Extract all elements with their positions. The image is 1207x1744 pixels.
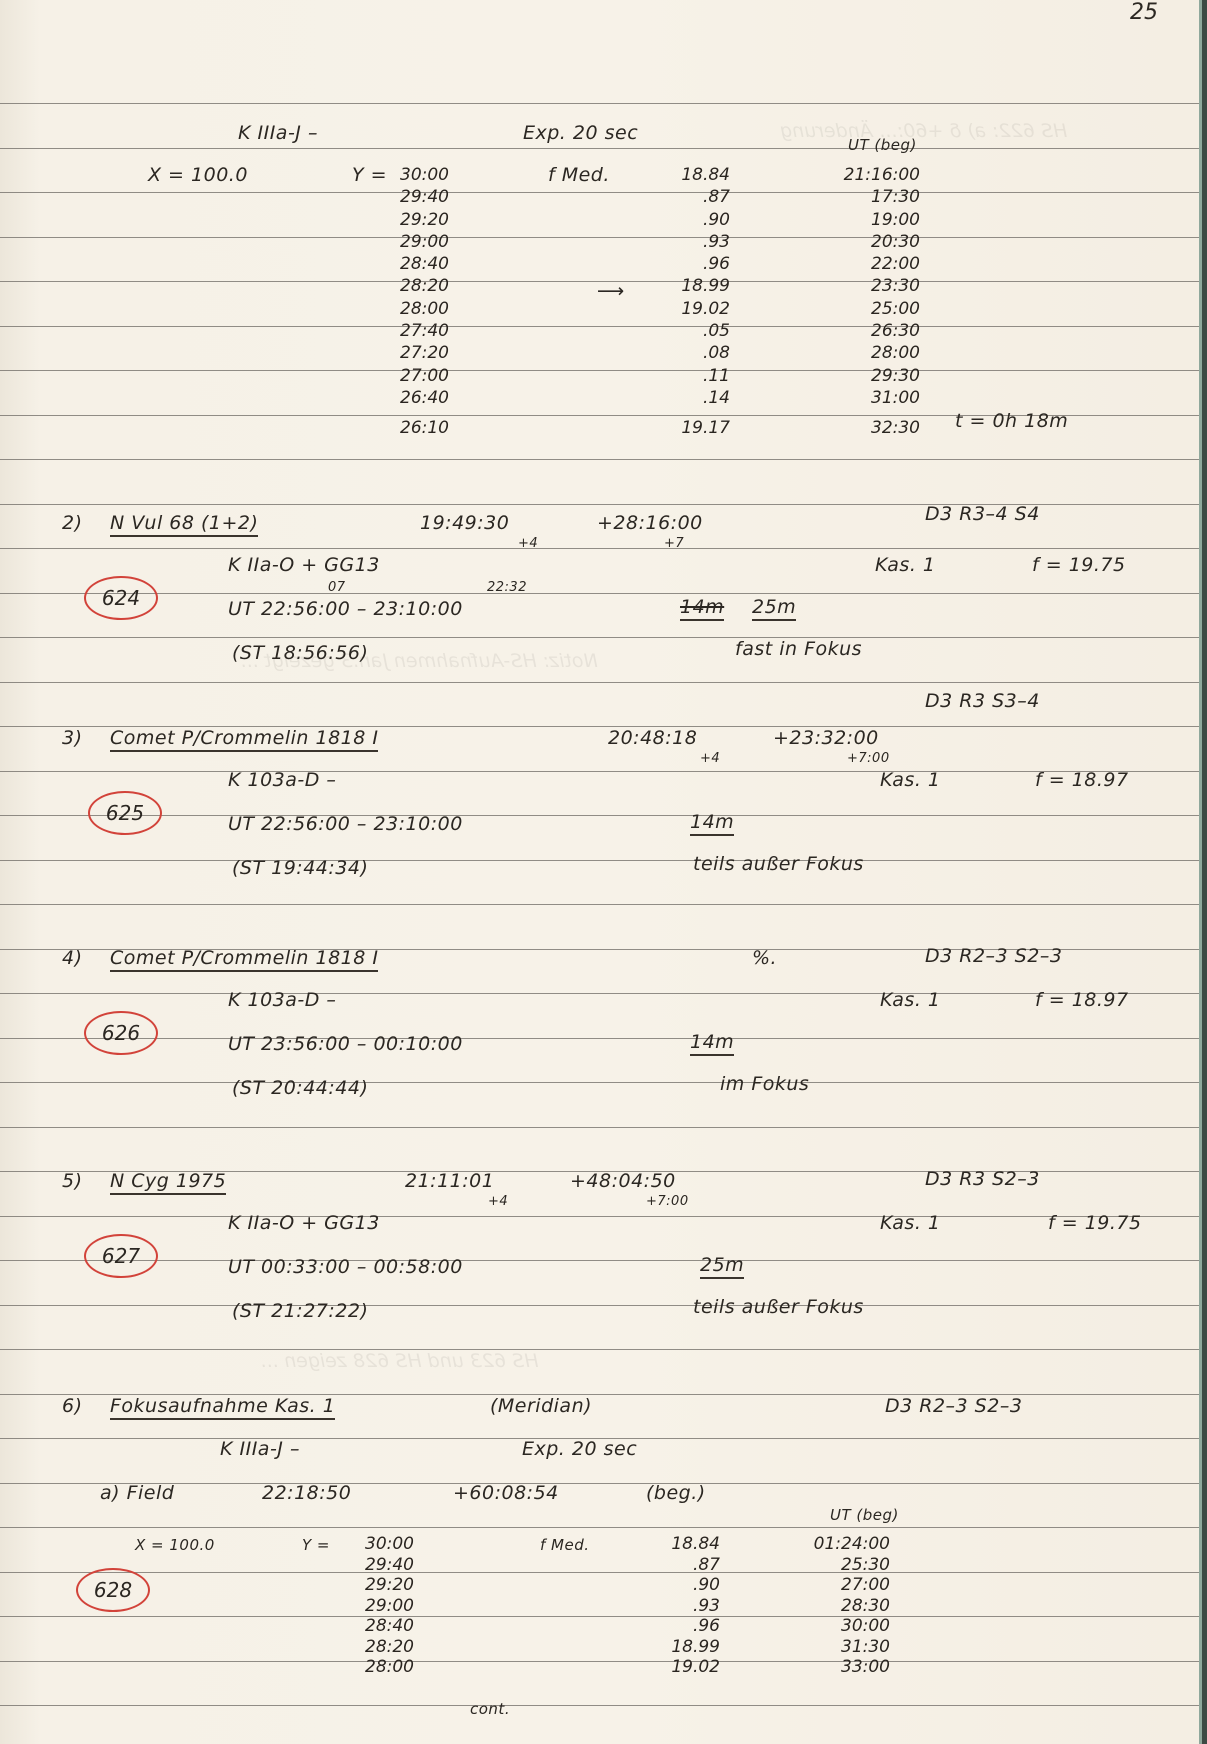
plate-number-badge: 628 [76, 1568, 150, 1612]
section6-exposure: Exp. 20 sec [522, 1438, 637, 1460]
plate-number: 627 [102, 1244, 140, 1268]
section6-x-value: X = 100.0 [135, 1536, 215, 1554]
ra-correction: +4 [518, 536, 538, 551]
plate-setup: K IIIa-J – [238, 122, 318, 144]
exposure-duration: 25m [752, 596, 796, 621]
seeing-conditions: D3 R2–3 S2–3 [925, 945, 1062, 967]
x-value: X = 100.0 [148, 164, 248, 186]
exposure-struck: 14m [680, 596, 724, 621]
plate-number-badge: 626 [84, 1011, 158, 1055]
table-cell: 29:40 [400, 186, 490, 208]
table-cell: .08 [640, 342, 730, 364]
right-ascension: 21:11:01 [405, 1170, 494, 1192]
table-cell: .05 [640, 320, 730, 342]
section6-conditions: D3 R2–3 S2–3 [885, 1395, 1022, 1417]
ruled-line [0, 237, 1199, 238]
table-cell: 19.17 [640, 417, 730, 439]
page-number: 25 [1130, 0, 1158, 25]
plate-number: 625 [106, 801, 144, 825]
focus-value: f = 19.75 [1048, 1212, 1142, 1234]
ut-range: UT 22:56:00 – 23:10:00 [228, 598, 463, 620]
ut-column: 21:16:0017:3019:0020:3022:0023:3025:0026… [810, 164, 920, 440]
ruled-line [0, 1260, 1199, 1261]
seeing-conditions: D3 R3–4 S4 [925, 503, 1040, 525]
ruled-line [0, 682, 1199, 683]
focus-value: f = 18.97 [1035, 769, 1129, 791]
plate-number-badge: 624 [84, 576, 158, 620]
table-cell: 28:40 [365, 1616, 455, 1637]
ra-correction: +4 [700, 751, 720, 766]
ruled-line [0, 993, 1199, 994]
f-label: f Med. [548, 164, 610, 186]
table-cell: 27:00 [400, 365, 490, 387]
focus-note: teils außer Fokus [693, 1296, 864, 1318]
dec-correction: +7:00 [646, 1194, 689, 1209]
table-cell: 01:24:00 [790, 1534, 890, 1555]
binding-edge [1202, 0, 1207, 1744]
ruled-line [0, 1705, 1199, 1706]
continued-note: cont. [470, 1700, 510, 1718]
ruled-line [0, 1483, 1199, 1484]
ruled-line [0, 1527, 1199, 1528]
table-cell: 18.99 [640, 275, 730, 297]
exposure-duration: 25m [700, 1254, 744, 1279]
section6-ut-column: 01:24:0025:3027:0028:3030:0031:3033:00 [790, 1534, 890, 1678]
sidereal-time: (ST 19:44:34) [232, 857, 368, 879]
exposure-duration: 14m [690, 811, 734, 836]
section6-y-column: 30:0029:4029:2029:0028:4028:2028:00 [365, 1534, 455, 1678]
table-cell: 30:00 [400, 164, 490, 186]
table-cell: 27:40 [400, 320, 490, 342]
table-cell: 18.84 [630, 1534, 720, 1555]
table-cell: 19:00 [810, 209, 920, 231]
object-name: Comet P/Crommelin 1818 I [110, 947, 378, 972]
ruled-line [0, 1038, 1199, 1039]
table-cell: .93 [630, 1596, 720, 1617]
exposure-duration: 14m [690, 1031, 734, 1056]
dec-correction: +7:00 [847, 751, 890, 766]
section6-index: 6) [62, 1395, 83, 1417]
table-cell: 33:00 [790, 1657, 890, 1678]
table-cell: .14 [640, 387, 730, 409]
declination: +23:32:00 [773, 727, 879, 749]
seeing-conditions: D3 R3 S3–4 [925, 690, 1040, 712]
table-cell: .96 [630, 1616, 720, 1637]
declination: +48:04:50 [570, 1170, 676, 1192]
ruled-line [0, 1349, 1199, 1350]
table-cell: 29:20 [400, 209, 490, 231]
exposure: Exp. 20 sec [523, 122, 638, 144]
camera: Kas. 1 [880, 989, 941, 1011]
table-cell: 25:00 [810, 298, 920, 320]
sidereal-time: (ST 18:56:56) [232, 642, 368, 664]
table-cell: 27:00 [790, 1575, 890, 1596]
focus-value: f = 19.75 [1032, 554, 1126, 576]
table-cell: 29:00 [365, 1596, 455, 1617]
ut-range: UT 23:56:00 – 00:10:00 [228, 1033, 463, 1055]
ut-range: UT 22:56:00 – 23:10:00 [228, 813, 463, 835]
plate-emulsion: K IIa-O + GG13 [228, 1212, 380, 1234]
field-label: a) Field [100, 1482, 174, 1504]
table-cell: 17:30 [810, 186, 920, 208]
ruled-line [0, 1082, 1199, 1083]
table-cell: 30:00 [790, 1616, 890, 1637]
table-cell: 18.99 [630, 1637, 720, 1658]
table-cell: 28:00 [810, 342, 920, 364]
ruled-line [0, 1572, 1199, 1573]
sidereal-time: (ST 20:44:44) [232, 1077, 368, 1099]
table-cell: 26:30 [810, 320, 920, 342]
table-cell: 28:00 [365, 1657, 455, 1678]
camera: Kas. 1 [875, 554, 936, 576]
focus-value: f = 18.97 [1035, 989, 1129, 1011]
table-cell: 29:00 [400, 231, 490, 253]
ruled-line [0, 192, 1199, 193]
right-ascension: 20:48:18 [608, 727, 697, 749]
bleed-through-text: HS 623 und HS 628 zeigen ... [260, 1350, 538, 1372]
ruled-line [0, 1127, 1199, 1128]
table-cell: 29:20 [365, 1575, 455, 1596]
arrow-icon: ⟶ [597, 280, 625, 302]
table-cell: 29:40 [365, 1555, 455, 1576]
right-ascension: 19:49:30 [420, 512, 509, 534]
ut-header: UT (beg) [848, 136, 917, 154]
table-cell: 19.02 [630, 1657, 720, 1678]
camera: Kas. 1 [880, 769, 941, 791]
table-cell: 28:00 [400, 298, 490, 320]
table-cell: .87 [640, 186, 730, 208]
y-column: 30:0029:4029:2029:0028:4028:2028:0027:40… [400, 164, 490, 440]
object-name: N Cyg 1975 [110, 1170, 226, 1195]
object-name: Comet P/Crommelin 1818 I [110, 727, 378, 752]
focus-note: fast in Fokus [735, 638, 862, 660]
table-cell: .93 [640, 231, 730, 253]
table-cell: .96 [640, 253, 730, 275]
entry-index: 3) [62, 727, 83, 749]
table-cell: 18.84 [640, 164, 730, 186]
object-name: N Vul 68 (1+2) [110, 512, 258, 537]
sidereal-time: (ST 21:27:22) [232, 1300, 368, 1322]
table-cell: .87 [630, 1555, 720, 1576]
table-cell: 19.02 [640, 298, 730, 320]
plate-number-badge: 625 [88, 791, 162, 835]
field-ra: 22:18:50 [262, 1482, 351, 1504]
section6-f-column: 18.84.87.90.93.9618.9919.02 [630, 1534, 720, 1678]
seeing-conditions: D3 R3 S2–3 [925, 1168, 1040, 1190]
field-dec: +60:08:54 [453, 1482, 559, 1504]
table-cell: 28:20 [365, 1637, 455, 1658]
field-note: (beg.) [646, 1482, 706, 1504]
declination: +28:16:00 [597, 512, 703, 534]
table-cell: 22:00 [810, 253, 920, 275]
ruled-line [0, 459, 1199, 460]
section6-y-label: Y = [302, 1536, 330, 1554]
ruled-line [0, 370, 1199, 371]
ruled-line [0, 771, 1199, 772]
table-cell: 21:16:00 [810, 164, 920, 186]
section6-f-label: f Med. [540, 1536, 590, 1554]
ruled-line [0, 1305, 1199, 1306]
table-cell: .90 [640, 209, 730, 231]
plate-number: 624 [102, 586, 140, 610]
ut-correction-start: 07 [328, 580, 346, 595]
ut-correction-end: 22:32 [487, 580, 527, 595]
plate-emulsion: K IIa-O + GG13 [228, 554, 380, 576]
table-cell: 26:10 [400, 417, 490, 439]
ruled-line [0, 1216, 1199, 1217]
ruled-line [0, 860, 1199, 861]
table-cell: 31:00 [810, 387, 920, 409]
section6-subtitle: (Meridian) [490, 1395, 592, 1417]
table-cell: 28:20 [400, 275, 490, 297]
focus-note: teils außer Fokus [693, 853, 864, 875]
table-cell: 25:30 [790, 1555, 890, 1576]
ruled-line [0, 815, 1199, 816]
table-cell: 28:40 [400, 253, 490, 275]
ut-range: UT 00:33:00 – 00:58:00 [228, 1256, 463, 1278]
section6-title: Fokusaufnahme Kas. 1 [110, 1395, 335, 1420]
table-cell: .11 [640, 365, 730, 387]
table-cell: 31:30 [790, 1637, 890, 1658]
section6-ut-header: UT (beg) [830, 1506, 899, 1524]
table-cell: 26:40 [400, 387, 490, 409]
table-cell: 23:30 [810, 275, 920, 297]
plate-number: 626 [102, 1021, 140, 1045]
camera: Kas. 1 [880, 1212, 941, 1234]
ruled-line [0, 1616, 1199, 1617]
ruled-line [0, 637, 1199, 638]
plate-emulsion: K 103a-D – [228, 989, 336, 1011]
declination: %. [752, 947, 777, 969]
table-cell: 32:30 [810, 417, 920, 439]
table-cell: .90 [630, 1575, 720, 1596]
entry-index: 5) [62, 1170, 83, 1192]
table-cell: 27:20 [400, 342, 490, 364]
ruled-line [0, 904, 1199, 905]
bleed-through-text: HS 622: a) δ +60:... Änderung [780, 120, 1067, 142]
ra-correction: +4 [488, 1194, 508, 1209]
f-column: 18.84.87.90.93.9618.9919.02.05.08.11.141… [640, 164, 730, 440]
plate-number-badge: 627 [84, 1234, 158, 1278]
table-cell: 28:30 [790, 1596, 890, 1617]
table-cell: 29:30 [810, 365, 920, 387]
ruled-line [0, 548, 1199, 549]
total-time: t = 0h 18m [955, 410, 1068, 432]
y-label: Y = [352, 164, 387, 186]
ruled-line [0, 1661, 1199, 1662]
entry-index: 2) [62, 512, 83, 534]
ruled-line [0, 593, 1199, 594]
ruled-line [0, 326, 1199, 327]
section6-plate-setup: K IIIa-J – [220, 1438, 300, 1460]
plate-emulsion: K 103a-D – [228, 769, 336, 791]
dec-correction: +7 [664, 536, 684, 551]
table-cell: 20:30 [810, 231, 920, 253]
ruled-line [0, 148, 1199, 149]
focus-note: im Fokus [720, 1073, 809, 1095]
entry-index: 4) [62, 947, 83, 969]
ruled-line [0, 103, 1199, 104]
table-cell: 30:00 [365, 1534, 455, 1555]
